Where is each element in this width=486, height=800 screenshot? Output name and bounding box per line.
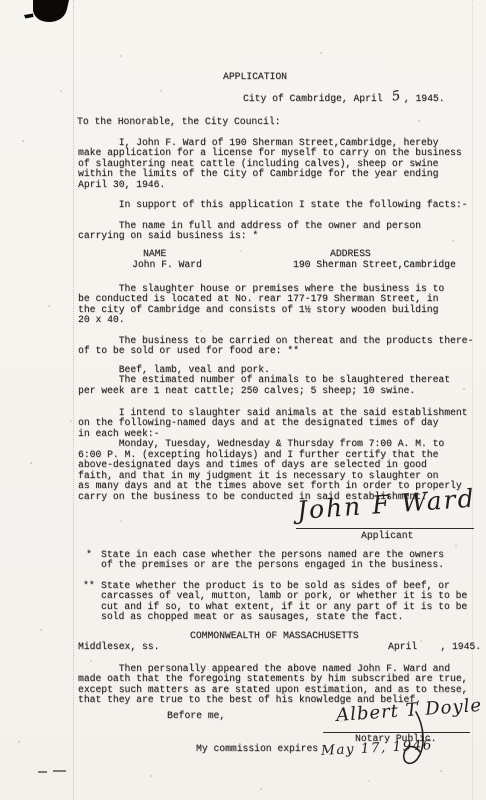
address-column-header: ADDRESS xyxy=(330,249,371,259)
premises-paragraph: The slaughter house or premises where th… xyxy=(78,284,444,326)
dateline: City of Cambridge, April5, 1945. xyxy=(243,94,445,104)
binding-edge-line xyxy=(73,0,74,800)
pencil-mark xyxy=(53,770,66,772)
address-value: 190 Sherman Street,Cambridge xyxy=(293,260,456,270)
commonwealth-heading: COMMONWEALTH OF MASSACHUSETTS xyxy=(190,631,359,641)
county-line: Middlesex, ss. xyxy=(78,642,159,652)
footnote-1-text: State in each case whether the persons n… xyxy=(101,550,444,571)
name-column-header: NAME xyxy=(143,249,166,259)
salutation: To the Honorable, the City Council: xyxy=(77,117,280,127)
pencil-mark xyxy=(38,771,47,773)
before-me: Before me, xyxy=(167,711,225,721)
products-paragraph: Beef, lamb, veal and pork. The estimated… xyxy=(78,365,450,396)
oath-date: April , 1945. xyxy=(388,642,481,652)
dateline-prefix: City of Cambridge, April xyxy=(243,93,383,104)
name-intro-paragraph: The name in full and address of the owne… xyxy=(78,221,421,242)
name-value: John F. Ward xyxy=(132,260,202,270)
handwritten-day: 5 xyxy=(392,96,400,97)
footnote-1-marker: * xyxy=(86,550,92,560)
ink-blot xyxy=(24,0,72,26)
business-paragraph: The business to be carried on thereat an… xyxy=(78,336,473,357)
dateline-suffix: , 1945. xyxy=(404,93,445,104)
commission-label: My commission expires xyxy=(196,744,318,754)
scanned-document-page: APPLICATION City of Cambridge, April5, 1… xyxy=(0,0,486,800)
footnote-2-marker: ** xyxy=(83,581,95,591)
doc-title: APPLICATION xyxy=(223,72,287,82)
scan-speckles xyxy=(0,0,2,2)
application-paragraph: I, John F. Ward of 190 Sherman Street,Ca… xyxy=(78,138,462,190)
footnote-2-text: State whether the product is to be sold … xyxy=(101,581,467,623)
support-paragraph: In support of this application I state t… xyxy=(78,200,468,210)
applicant-label: Applicant xyxy=(361,531,413,541)
page-edge-line xyxy=(472,0,473,800)
